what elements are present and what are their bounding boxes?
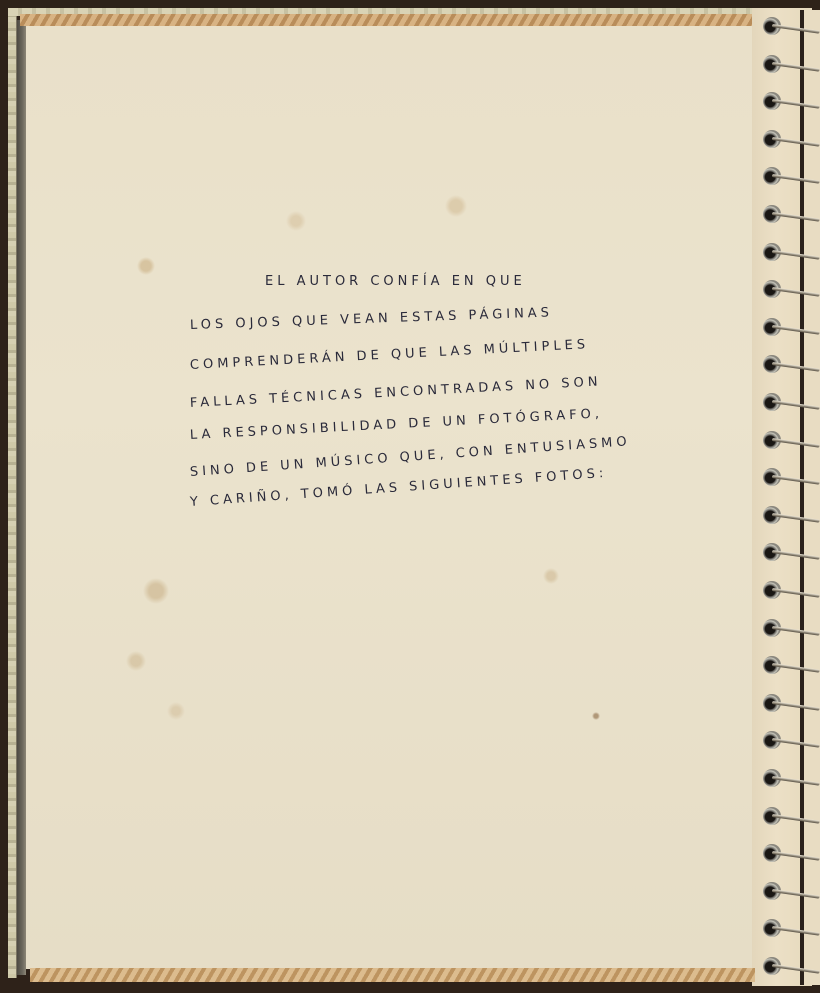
dedication-line-2: LOS OJOS QUE VEAN ESTAS PÁGINAS: [190, 305, 553, 333]
dedication-line-3: COMPRENDERÁN DE QUE LAS MÚLTIPLES: [190, 337, 590, 373]
dedication-line-5: LA RESPONSIBILIDAD DE UN FOTÓGRAFO,: [190, 406, 604, 443]
dedication-line-1: EL AUTOR CONFÍA EN QUE: [265, 274, 526, 289]
dedication-line-4: FALLAS TÉCNICAS ENCONTRADAS NO SON: [190, 374, 602, 411]
handwritten-dedication: EL AUTOR CONFÍA EN QUE LOS OJOS QUE VEAN…: [0, 0, 820, 993]
